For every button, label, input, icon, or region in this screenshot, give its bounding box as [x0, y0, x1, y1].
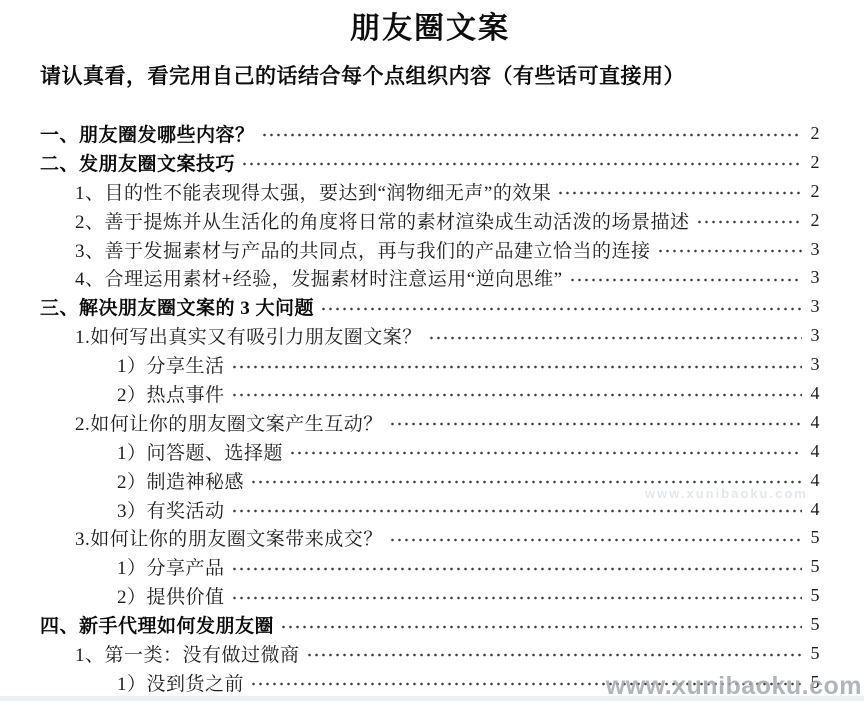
bottom-edge-strip: [0, 696, 864, 701]
toc-entry[interactable]: 3）有奖活动 4: [40, 495, 820, 524]
document-page: 朋友圈文案 请认真看，看完用自己的话结合每个点组织内容（有些话可直接用） 一、朋…: [0, 0, 864, 701]
toc-entry-label: 1）没到货之前: [117, 669, 244, 696]
toc-page-number: 2: [806, 152, 820, 173]
toc-entry-label: 1、目的性不能表现得太强，要达到“润物细无声”的效果: [75, 178, 551, 205]
dot-leader: [280, 615, 802, 635]
toc-entry[interactable]: 1）问答题、选择题 4: [40, 437, 820, 466]
toc-page-number: 5: [806, 614, 820, 635]
toc-entry[interactable]: 2）提供价值 5: [40, 581, 820, 610]
toc-entry-label: 1）问答题、选择题: [117, 438, 283, 465]
toc-page-number: 5: [806, 643, 820, 664]
dot-leader: [231, 383, 802, 403]
toc-entry[interactable]: 1.如何写出真实又有吸引力朋友圈文案？ 3: [40, 321, 820, 350]
toc-entry-label: 2）热点事件: [117, 380, 225, 407]
toc-entry[interactable]: 4、合理运用素材+经验，发掘素材时注意运用“逆向思维” 3: [40, 263, 820, 292]
dot-leader: [657, 239, 802, 259]
toc-entry-label: 2、善于提炼并从生活化的角度将日常的素材渲染成生动活泼的场景描述: [75, 207, 690, 234]
toc-entry-label: 3.如何让你的朋友圈文案带来成交？: [75, 524, 383, 551]
dot-leader: [320, 297, 802, 317]
dot-leader: [231, 499, 802, 519]
toc-page-number: 5: [806, 672, 820, 693]
toc-entry-label: 1.如何写出真实又有吸引力朋友圈文案？: [75, 322, 422, 349]
dot-leader: [389, 528, 802, 548]
toc-entry[interactable]: 四、新手代理如何发朋友圈 5: [40, 610, 820, 639]
toc-page-number: 2: [806, 210, 820, 231]
table-of-contents: 一、朋友圈发哪些内容？ 2 二、发朋友圈文案技巧 2 1、目的性不能表现得太强，…: [40, 119, 820, 697]
toc-entry[interactable]: 1、第一类：没有做过微商 5: [40, 639, 820, 668]
subtitle-note: 请认真看，看完用自己的话结合每个点组织内容（有些话可直接用）: [40, 62, 820, 90]
dot-leader: [306, 643, 802, 663]
toc-entry[interactable]: 1）分享生活 3: [40, 350, 820, 379]
toc-entry-label: 2.如何让你的朋友圈文案产生互动？: [75, 409, 383, 436]
dot-leader: [250, 470, 802, 490]
dot-leader: [557, 181, 802, 201]
toc-entry-label: 1）分享生活: [117, 351, 225, 378]
toc-page-number: 2: [806, 123, 820, 144]
toc-entry[interactable]: 一、朋友圈发哪些内容？ 2: [40, 119, 820, 148]
dot-leader: [696, 210, 802, 230]
toc-entry[interactable]: 1）分享产品 5: [40, 552, 820, 581]
dot-leader: [250, 672, 802, 692]
dot-leader: [569, 268, 802, 288]
toc-entry[interactable]: 2、善于提炼并从生活化的角度将日常的素材渲染成生动活泼的场景描述 2: [40, 206, 820, 235]
toc-page-number: 4: [806, 441, 820, 462]
toc-entry-label: 3、善于发掘素材与产品的共同点，再与我们的产品建立恰当的连接: [75, 236, 651, 263]
toc-entry[interactable]: 2）制造神秘感 4: [40, 466, 820, 495]
toc-entry-label: 一、朋友圈发哪些内容？: [40, 120, 255, 147]
toc-page-number: 5: [806, 556, 820, 577]
toc-page-number: 3: [806, 239, 820, 260]
page-content: 朋友圈文案 请认真看，看完用自己的话结合每个点组织内容（有些话可直接用） 一、朋…: [0, 0, 864, 697]
toc-page-number: 4: [806, 412, 820, 433]
dot-leader: [428, 326, 802, 346]
toc-entry[interactable]: 3、善于发掘素材与产品的共同点，再与我们的产品建立恰当的连接 3: [40, 235, 820, 264]
dot-leader: [231, 586, 802, 606]
toc-page-number: 2: [806, 181, 820, 202]
page-title: 朋友圈文案: [40, 12, 820, 46]
toc-entry-label: 1、第一类：没有做过微商: [75, 640, 300, 667]
toc-entry[interactable]: 1）没到货之前 5: [40, 668, 820, 697]
toc-page-number: 4: [806, 383, 820, 404]
toc-page-number: 5: [806, 527, 820, 548]
toc-entry-label: 2）提供价值: [117, 582, 225, 609]
dot-leader: [231, 355, 802, 375]
toc-entry-label: 二、发朋友圈文案技巧: [40, 149, 235, 176]
dot-leader: [231, 557, 802, 577]
toc-page-number: 3: [806, 354, 820, 375]
toc-entry-label: 1）分享产品: [117, 553, 225, 580]
toc-entry-label: 3）有奖活动: [117, 496, 225, 523]
toc-entry[interactable]: 3.如何让你的朋友圈文案带来成交？ 5: [40, 523, 820, 552]
toc-page-number: 3: [806, 296, 820, 317]
toc-entry[interactable]: 三、解决朋友圈文案的 3 大问题 3: [40, 292, 820, 321]
toc-page-number: 4: [806, 470, 820, 491]
dot-leader: [389, 412, 802, 432]
toc-entry[interactable]: 二、发朋友圈文案技巧 2: [40, 148, 820, 177]
toc-page-number: 5: [806, 585, 820, 606]
toc-entry-label: 4、合理运用素材+经验，发掘素材时注意运用“逆向思维”: [75, 264, 563, 291]
dot-leader: [261, 123, 802, 143]
dot-leader: [289, 441, 802, 461]
toc-entry-label: 2）制造神秘感: [117, 467, 244, 494]
toc-entry[interactable]: 2）热点事件 4: [40, 379, 820, 408]
toc-entry[interactable]: 1、目的性不能表现得太强，要达到“润物细无声”的效果 2: [40, 177, 820, 206]
toc-entry[interactable]: 2.如何让你的朋友圈文案产生互动？ 4: [40, 408, 820, 437]
toc-page-number: 3: [806, 267, 820, 288]
toc-entry-label: 三、解决朋友圈文案的 3 大问题: [40, 293, 314, 320]
toc-page-number: 3: [806, 325, 820, 346]
toc-entry-label: 四、新手代理如何发朋友圈: [40, 611, 274, 638]
dot-leader: [241, 152, 802, 172]
toc-page-number: 4: [806, 499, 820, 520]
